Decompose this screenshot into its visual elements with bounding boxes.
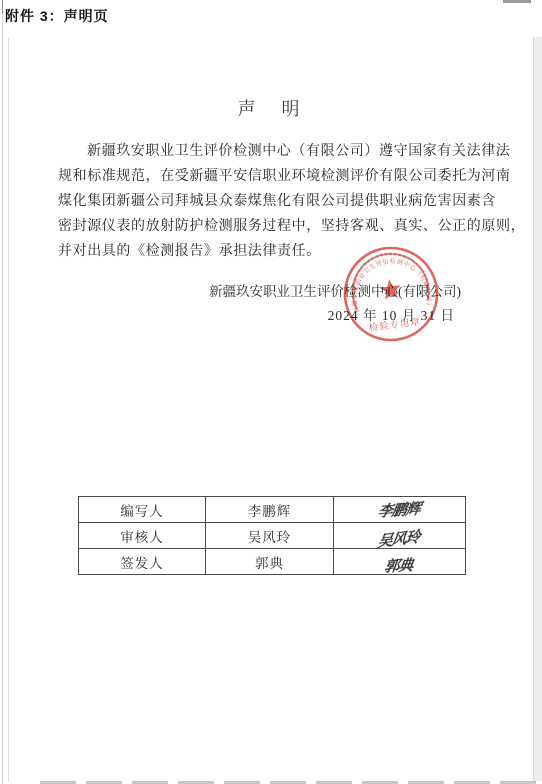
paragraph-line: 密封源仪表的放射防护检测服务过程中，坚持客观、真实、公正的原则， [58, 214, 484, 239]
scan-top-right-notch [503, 0, 531, 3]
page-title: 声 明 [8, 95, 533, 121]
scan-outer-left-line [2, 0, 3, 784]
paragraph-line: 并对出具的《检测报告》承担法律责任。 [58, 239, 484, 264]
signoff-date: 2024 年 10 月 31 日 [0, 304, 455, 324]
page-right-scan-band [533, 37, 542, 784]
role-cell: 审核人 [79, 523, 206, 549]
table-row: 签发人 郭典 郭典 [79, 549, 466, 575]
declaration-paragraph: 新疆玖安职业卫生评价检测中心（有限公司）遵守国家有关法律法 规和标准规范，在受新… [58, 139, 484, 264]
signature-cell: 吴风玲 [334, 523, 466, 549]
table-row: 审核人 吴风玲 吴风玲 [79, 523, 466, 549]
signature-table: 编写人 李鹏辉 李鹏辉 审核人 吴风玲 吴风玲 签发人 郭典 郭典 [78, 496, 466, 575]
table-row: 编写人 李鹏辉 李鹏辉 [79, 497, 466, 523]
handwritten-signature: 郭典 [384, 554, 415, 577]
handwritten-signature: 李鹏辉 [377, 497, 422, 521]
attachment-label: 附件 3：声明页 [5, 6, 109, 26]
scan-outer-left-line-dark-tip [2, 0, 3, 13]
page-left-border [8, 38, 9, 782]
role-cell: 签发人 [79, 549, 206, 575]
role-cell: 编写人 [79, 497, 206, 523]
paragraph-line: 煤化集团新疆公司拜城县众泰煤焦化有限公司提供职业病危害因素含 [58, 189, 484, 214]
paragraph-line: 规和标准规范，在受新疆平安信职业环境检测评价有限公司委托为河南 [58, 164, 484, 189]
name-cell: 郭典 [206, 549, 334, 575]
name-cell: 吴风玲 [206, 523, 334, 549]
signature-cell: 李鹏辉 [334, 497, 466, 523]
name-cell: 李鹏辉 [206, 497, 334, 523]
signature-cell: 郭典 [334, 549, 466, 575]
signoff-company-name: 新疆玖安职业卫生评价检测中心(有限公司) [0, 280, 461, 300]
paragraph-line: 新疆玖安职业卫生评价检测中心（有限公司）遵守国家有关法律法 [58, 139, 484, 164]
